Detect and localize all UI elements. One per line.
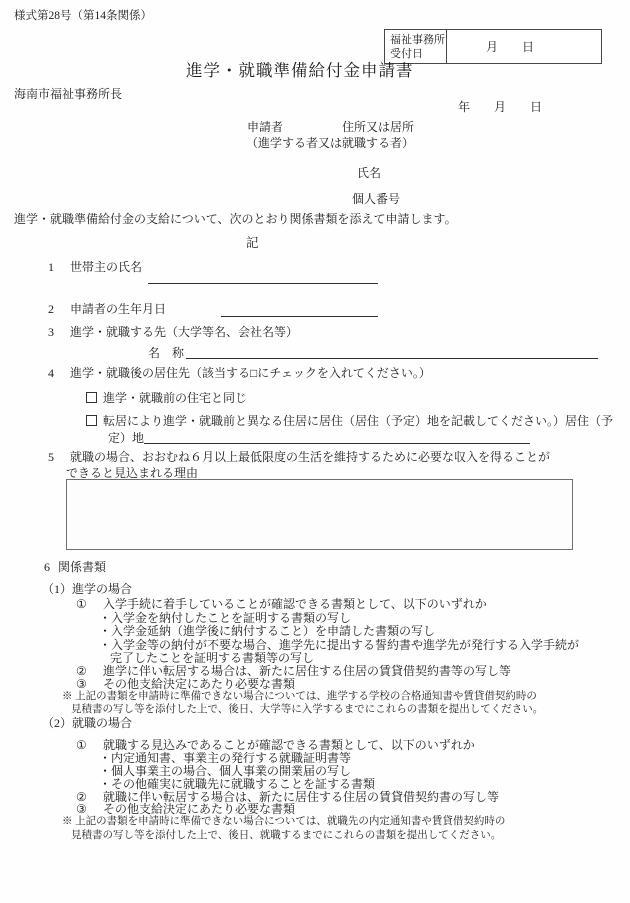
item-destination: 3進学・就職する先（大学等名、会社名等） [48,325,298,339]
list-item: ・入学金等の納付が不要な場合、進学先に提出する誓約書や進学先が発行する入学手続が [99,638,579,652]
list-item-text: その他支給決定にあたり必要な書類 [103,677,295,691]
household-head-name-field[interactable] [148,283,378,284]
applicant-name-label: 氏名 [357,166,381,180]
circled-number: ② [76,664,103,678]
circled-number: ① [76,597,103,611]
list-item: ・内定通知書、事業主の発行する就職証明書等 [99,751,351,765]
item-label: 関係書類 [58,560,106,574]
item-birth-date: 2申請者の生年月日 [48,302,166,316]
list-item-text: 進学に伴い転居する場合は、新たに居住する住居の賃貸借契約書等の写し等 [103,664,511,678]
item-label: 進学・就職後の居住先（該当する□にチェックを入れてください。） [70,366,431,380]
circled-number: ③ [76,677,103,691]
section-employment-note-cont: 見積書の写し等を添付した上で、後日、就職するまでにこれらの書類を提出してください… [71,829,501,842]
list-item: ①就職する見込みであることが確認できる書類として、以下のいずれか [76,738,475,752]
receipt-box-label: 福祉事務所 受付日 [385,30,447,63]
item-income-reason-cont: できると見込まれる理由 [66,466,198,480]
form-title: 進学・就職準備給付金申請書 [186,64,414,78]
item-number: 6 [44,560,58,574]
item-number: 3 [48,325,70,339]
section-advance-heading: （1）進学の場合 [42,582,132,596]
list-item: ③その他支給決定にあたり必要な書類 [76,802,295,816]
receipt-box-label-line2: 受付日 [390,47,446,61]
list-item: ・入学金延納（進学後に納付すること）を申請した書類の写し [99,624,435,638]
receipt-box-label-line1: 福祉事務所 [390,33,446,47]
circled-number: ① [76,738,103,752]
section-advance-note-cont: 見積書の写し等を添付した上で、後日、大学等に入学するまでにこれらの書類を提出して… [71,703,543,716]
residence-option-move-cont: 定）地 [108,431,144,445]
item-number: 2 [48,302,70,316]
item-label: 就職の場合、おおむね６月以上最低限度の生活を維持するために必要な収入を得ることが [70,450,550,464]
list-item: ①入学手続に着手していることが確認できる書類として、以下のいずれか [76,597,487,611]
addressee: 海南市福祉事務所長 [14,87,122,101]
move-residence-checkbox[interactable] [86,415,97,426]
same-residence-checkbox[interactable] [86,392,97,403]
option-label: 転居により進学・就職前と異なる住居に居住（居住（予定）地を記載してください。）居… [103,414,613,428]
destination-name-field[interactable] [186,358,598,359]
section-advance-note: ※ 上記の書類を申請時に準備できない場合については、進学する学校の合格通知書や賃… [62,690,537,703]
list-item-text: 就職する見込みであることが確認できる書類として、以下のいずれか [103,738,475,752]
item-label: 進学・就職する先（大学等名、会社名等） [70,325,298,339]
list-item: ・その他確実に就職先に就職することを証する書類 [99,777,375,791]
income-reason-textbox[interactable] [66,479,573,550]
receipt-date-cell[interactable]: 月 日 [447,30,601,63]
application-form-page: 様式第28号（第14条関係） 福祉事務所 受付日 月 日 進学・就職準備給付金申… [0,0,630,903]
destination-name-label: 名 称 [148,346,184,360]
applicant-address-label: 住所又は居所 [342,120,414,134]
list-item-continuation: 完了したことを証明する書類等の写し [110,651,314,665]
item-label: 申請者の生年月日 [70,302,166,316]
birth-date-field[interactable] [221,316,378,317]
list-item-text: 入学手続に着手していることが確認できる書類として、以下のいずれか [103,597,487,611]
intro-sentence: 進学・就職準備給付金の支給について、次のとおり関係書類を添えて申請します。 [14,212,457,226]
item-number: 1 [48,260,70,274]
item-label: 世帯主の氏名 [70,260,142,274]
item-number: 5 [48,450,70,464]
item-number: 4 [48,366,70,380]
list-item: ③その他支給決定にあたり必要な書類 [76,677,295,691]
planned-residence-field[interactable] [144,443,530,444]
applicant-qualifier: （進学する者又は就職する者） [246,136,414,150]
form-number: 様式第28号（第14条関係） [14,9,152,23]
receipt-date-box: 福祉事務所 受付日 月 日 [384,29,602,64]
application-date-line[interactable]: 年 月 日 [458,100,542,114]
section-employment-note: ※ 上記の書類を申請時に準備できない場合については、就職先の内定通知書や賃貸借契… [62,815,505,828]
applicant-label: 申請者 [247,120,283,134]
list-item: ・入学金を納付したことを証明する書類の写し [99,611,351,625]
item-documents: 6関係書類 [44,560,106,574]
item-residence: 4進学・就職後の居住先（該当する□にチェックを入れてください。） [48,366,431,380]
item-household-head: 1世帯主の氏名 [48,260,142,274]
applicant-personal-number-label: 個人番号 [352,192,400,206]
list-item-text: その他支給決定にあたり必要な書類 [103,802,295,816]
option-label: 進学・就職前の住宅と同じ [103,391,247,405]
section-employment-heading: （2）就職の場合 [42,716,132,730]
list-item: ②進学に伴い転居する場合は、新たに居住する住居の賃貸借契約書等の写し等 [76,664,511,678]
list-item: ・個人事業主の場合、個人事業の開業届の写し [99,764,351,778]
circled-number: ③ [76,802,103,816]
residence-option-move: 転居により進学・就職前と異なる住居に居住（居住（予定）地を記載してください。）居… [86,414,613,428]
item-income-reason: 5就職の場合、おおむね６月以上最低限度の生活を維持するために必要な収入を得ること… [48,450,550,464]
record-mark: 記 [246,236,261,250]
residence-option-same: 進学・就職前の住宅と同じ [86,391,247,405]
